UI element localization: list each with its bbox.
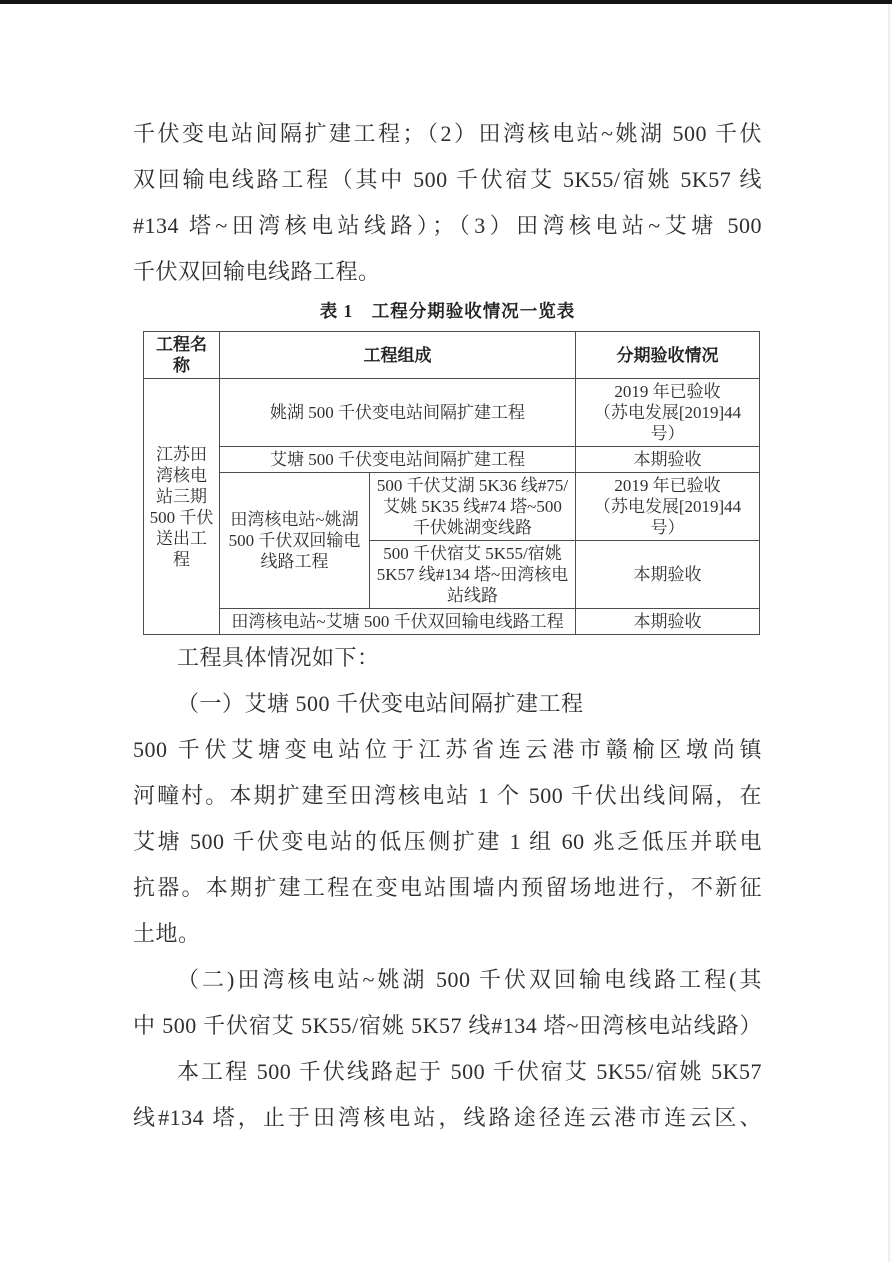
header-project-name: 工程名称 xyxy=(144,332,220,379)
text-line: 本工程 500 千伏线路起于 500 千伏宿艾 5K55/宿姚 5K57 xyxy=(133,1049,762,1095)
text-line: 千伏双回输电线路工程。 xyxy=(133,249,762,295)
text-line: #134 塔~田湾核电站线路）；（3）田湾核电站~艾塘 500 xyxy=(133,203,762,249)
table-row: 艾塘 500 千伏变电站间隔扩建工程 本期验收 xyxy=(144,447,760,473)
text-line: 中 500 千伏宿艾 5K55/宿姚 5K57 线#134 塔~田湾核电站线路） xyxy=(133,1003,762,1049)
table-row: 田湾核电站~艾塘 500 千伏双回输电线路工程 本期验收 xyxy=(144,609,760,635)
text-line: 双回输电线路工程（其中 500 千伏宿艾 5K55/宿姚 5K57 线 xyxy=(133,157,762,203)
text-line: 千伏变电站间隔扩建工程；（2）田湾核电站~姚湖 500 千伏 xyxy=(133,111,762,157)
table-row: 田湾核电站~姚湖 500 千伏双回输电线路工程 500 千伏艾湖 5K36 线#… xyxy=(144,473,760,541)
cell-sub-component: 500 千伏宿艾 5K55/宿姚 5K57 线#134 塔~田湾核电站线路 xyxy=(370,541,576,609)
text-line: 线#134 塔，止于田湾核电站，线路途径连云港市连云区、 xyxy=(133,1095,762,1141)
page-content: 千伏变电站间隔扩建工程；（2）田湾核电站~姚湖 500 千伏 双回输电线路工程（… xyxy=(133,4,762,1141)
intro-paragraph: 千伏变电站间隔扩建工程；（2）田湾核电站~姚湖 500 千伏 双回输电线路工程（… xyxy=(133,4,762,295)
text-line: 抗器。本期扩建工程在变电站围墙内预留场地进行，不新征 xyxy=(133,865,762,911)
body-text: 工程具体情况如下： （一）艾塘 500 千伏变电站间隔扩建工程 500 千伏艾塘… xyxy=(133,635,762,1141)
text-line: （二)田湾核电站~姚湖 500 千伏双回输电线路工程(其 xyxy=(133,957,762,1003)
text-line: 500 千伏艾塘变电站位于江苏省连云港市赣榆区墩尚镇 xyxy=(133,727,762,773)
table-caption: 表 1 工程分期验收情况一览表 xyxy=(133,298,762,324)
table-row: 江苏田湾核电站三期 500 千伏送出工程 姚湖 500 千伏变电站间隔扩建工程 … xyxy=(144,379,760,447)
cell-status: 2019 年已验收 （苏电发展[2019]44 号） xyxy=(576,473,760,541)
acceptance-table: 工程名称 工程组成 分期验收情况 江苏田湾核电站三期 500 千伏送出工程 姚湖… xyxy=(143,331,760,635)
cell-component: 田湾核电站~艾塘 500 千伏双回输电线路工程 xyxy=(220,609,576,635)
cell-status: 本期验收 xyxy=(576,447,760,473)
cell-component: 艾塘 500 千伏变电站间隔扩建工程 xyxy=(220,447,576,473)
paragraph-substation: 500 千伏艾塘变电站位于江苏省连云港市赣榆区墩尚镇 河疃村。本期扩建至田湾核电… xyxy=(133,727,762,957)
cell-project-name: 江苏田湾核电站三期 500 千伏送出工程 xyxy=(144,379,220,635)
text-line: 河疃村。本期扩建至田湾核电站 1 个 500 千伏出线间隔，在 xyxy=(133,773,762,819)
header-composition: 工程组成 xyxy=(220,332,576,379)
cell-status: 2019 年已验收 （苏电发展[2019]44 号） xyxy=(576,379,760,447)
cell-line-project-group: 田湾核电站~姚湖 500 千伏双回输电线路工程 xyxy=(220,473,370,609)
cell-sub-component: 500 千伏艾湖 5K36 线#75/艾姚 5K35 线#74 塔~500 千伏… xyxy=(370,473,576,541)
cell-status: 本期验收 xyxy=(576,541,760,609)
document-page: 千伏变电站间隔扩建工程；（2）田湾核电站~姚湖 500 千伏 双回输电线路工程（… xyxy=(0,4,890,1262)
section2-heading: （二)田湾核电站~姚湖 500 千伏双回输电线路工程(其 中 500 千伏宿艾 … xyxy=(133,957,762,1049)
scanned-document-viewport: 千伏变电站间隔扩建工程；（2）田湾核电站~姚湖 500 千伏 双回输电线路工程（… xyxy=(0,0,892,1262)
paragraph-line-route: 本工程 500 千伏线路起于 500 千伏宿艾 5K55/宿姚 5K57 线#1… xyxy=(133,1049,762,1141)
details-heading: 工程具体情况如下： xyxy=(133,635,762,681)
text-line: 艾塘 500 千伏变电站的低压侧扩建 1 组 60 兆乏低压并联电 xyxy=(133,819,762,865)
text-line: 土地。 xyxy=(133,911,762,957)
cell-component: 姚湖 500 千伏变电站间隔扩建工程 xyxy=(220,379,576,447)
cell-status: 本期验收 xyxy=(576,609,760,635)
section1-heading: （一）艾塘 500 千伏变电站间隔扩建工程 xyxy=(133,681,762,727)
header-acceptance: 分期验收情况 xyxy=(576,332,760,379)
table-header-row: 工程名称 工程组成 分期验收情况 xyxy=(144,332,760,379)
